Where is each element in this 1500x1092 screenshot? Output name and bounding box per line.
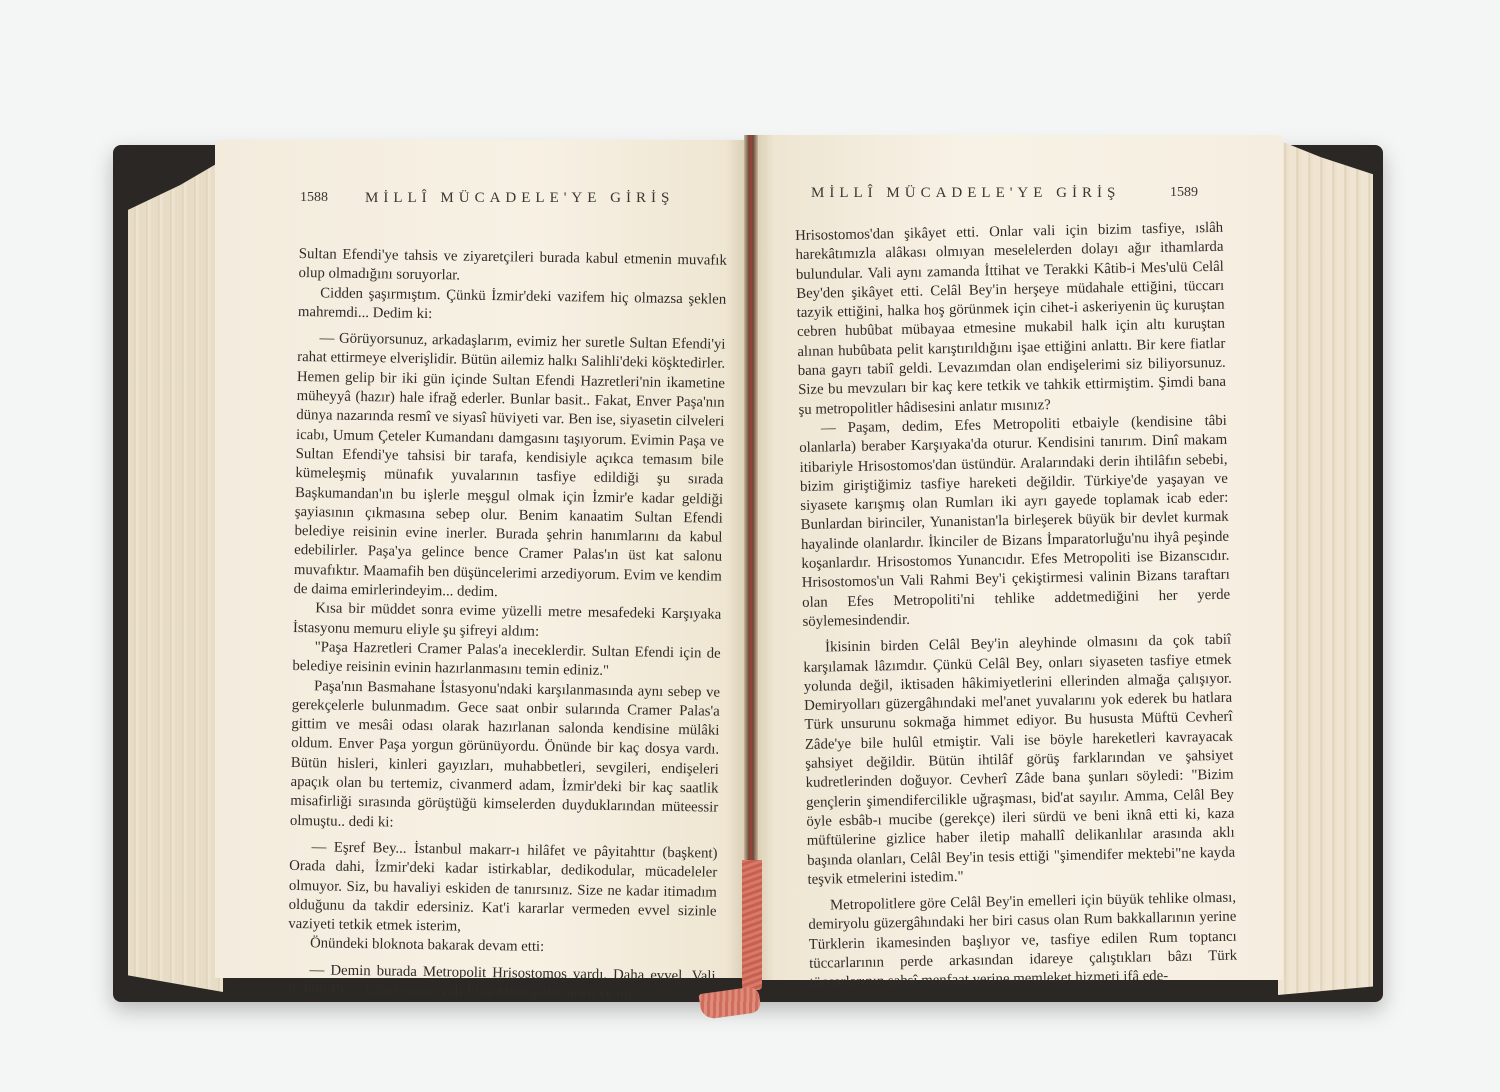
- left-page: 1588 MİLLÎ MÜCADELE'YE GİRİŞ Sultan Efen…: [215, 140, 747, 978]
- page-number: 1589: [1170, 185, 1198, 201]
- paragraph: — Eşref Bey... İstanbul makarr-ı hilâfet…: [288, 838, 717, 941]
- page-body: Sultan Efendi'ye tahsis ve ziyaretçileri…: [287, 245, 727, 1006]
- paragraph: — Demin burada Metropolit Hrisostomos va…: [287, 961, 716, 1006]
- paragraph: Kısa bir müddet sonra evime yüzelli metr…: [293, 599, 722, 644]
- book-gutter-spine: [744, 135, 758, 985]
- running-head: MİLLÎ MÜCADELE'YE GİRİŞ: [811, 185, 1120, 202]
- running-head: MİLLÎ MÜCADELE'YE GİRİŞ: [365, 190, 674, 207]
- paragraph: — Görüyorsunuz, arkadaşlarım, evimiz her…: [293, 329, 725, 606]
- paragraph: Paşa'nın Basmahane İstasyonu'ndaki karşı…: [290, 676, 720, 837]
- paragraph: Cidden şaşırmıştım. Çünkü İzmir'deki vaz…: [298, 284, 727, 329]
- left-fore-edge-pages: [128, 160, 223, 992]
- photo-scene: 1588 MİLLÎ MÜCADELE'YE GİRİŞ Sultan Efen…: [0, 0, 1500, 1092]
- page-body: Hrisostomos'dan şikâyet etti. Onlar vali…: [795, 219, 1238, 994]
- paragraph: Sultan Efendi'ye tahsis ve ziyaretçileri…: [298, 245, 727, 290]
- page-number: 1588: [300, 190, 328, 206]
- paragraph: İkisinin birden Celâl Bey'in aleyhinde o…: [803, 631, 1236, 890]
- right-fore-edge-pages: [1278, 140, 1373, 995]
- paragraph: Hrisostomos'dan şikâyet etti. Onlar vali…: [795, 219, 1227, 420]
- paragraph: — Paşam, dedim, Efes Metropoliti etbaiyl…: [799, 412, 1231, 632]
- paragraph: "Paşa Hazretleri Cramer Palas'a inecekle…: [292, 638, 721, 683]
- right-page: MİLLÎ MÜCADELE'YE GİRİŞ 1589 Hrisostomos…: [753, 135, 1283, 980]
- bookmark-ribbon[interactable]: [742, 860, 762, 990]
- paragraph: Metropolitlere göre Celâl Bey'in emeller…: [808, 889, 1238, 994]
